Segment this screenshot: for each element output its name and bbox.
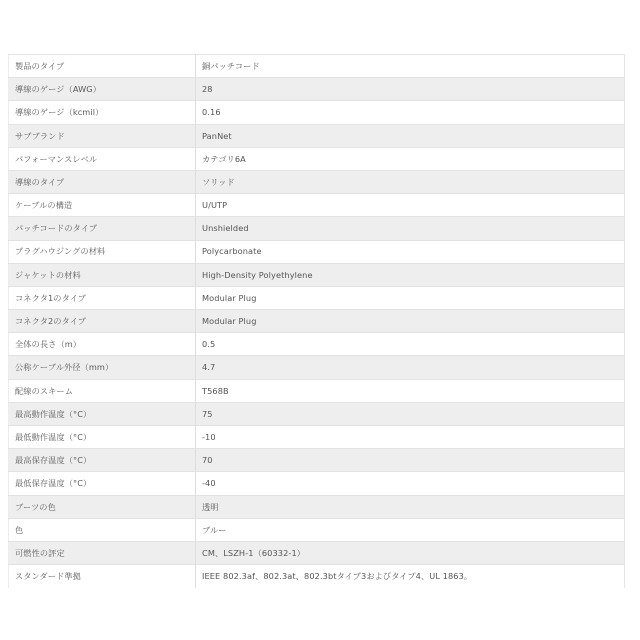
spec-row-cable-construction: ケーブルの構造 U/UTP [9,194,625,217]
spec-value: Polycarbonate [196,240,625,263]
spec-value: ソリッド [196,170,625,193]
spec-value: 銅パッチコード [196,55,625,78]
spec-label: 最低動作温度（°C） [9,426,196,449]
spec-value: カテゴリ6A [196,147,625,170]
spec-value: 70 [196,449,625,472]
spec-table: 製品のタイプ 銅パッチコード 導線のゲージ（AWG） 28 導線のゲージ（kcm… [8,54,625,588]
spec-value: Modular Plug [196,286,625,309]
spec-row-flammability-rating: 可燃性の評定 CM、LSZH-1（60332-1） [9,541,625,564]
spec-value: Modular Plug [196,310,625,333]
spec-label: 配線のスキーム [9,379,196,402]
spec-value: 28 [196,78,625,101]
spec-label: 導線のゲージ（AWG） [9,78,196,101]
spec-label: スタンダード準拠 [9,565,196,588]
spec-label: 導線のゲージ（kcmil） [9,101,196,124]
spec-row-connector-1-type: コネクタ1のタイプ Modular Plug [9,286,625,309]
spec-row-product-type: 製品のタイプ 銅パッチコード [9,55,625,78]
spec-label: ジャケットの材料 [9,263,196,286]
spec-row-jacket-material: ジャケットの材料 High-Density Polyethylene [9,263,625,286]
spec-label: サブブランド [9,124,196,147]
spec-row-boot-color: ブーツの色 透明 [9,495,625,518]
spec-row-conductor-gauge-kcmil: 導線のゲージ（kcmil） 0.16 [9,101,625,124]
spec-value: ブルー [196,518,625,541]
spec-value: CM、LSZH-1（60332-1） [196,541,625,564]
spec-row-conductor-gauge-awg: 導線のゲージ（AWG） 28 [9,78,625,101]
spec-label: 最低保存温度（°C） [9,472,196,495]
spec-value: -10 [196,426,625,449]
spec-label: パッチコードのタイプ [9,217,196,240]
spec-label: ブーツの色 [9,495,196,518]
spec-label: 製品のタイプ [9,55,196,78]
spec-label: 可燃性の評定 [9,541,196,564]
spec-label: 最高保存温度（°C） [9,449,196,472]
spec-row-sub-brand: サブブランド PanNet [9,124,625,147]
spec-value: T568B [196,379,625,402]
spec-table-body: 製品のタイプ 銅パッチコード 導線のゲージ（AWG） 28 導線のゲージ（kcm… [9,55,625,588]
spec-label: パフォーマンスレベル [9,147,196,170]
spec-row-standards-compliance: スタンダード準拠 IEEE 802.3af、802.3at、802.3btタイプ… [9,565,625,588]
spec-label: 公称ケーブル外径（mm） [9,356,196,379]
spec-row-wiring-scheme: 配線のスキーム T568B [9,379,625,402]
spec-value: PanNet [196,124,625,147]
spec-row-overall-length: 全体の長さ（m） 0.5 [9,333,625,356]
spec-value: -40 [196,472,625,495]
spec-row-conductor-type: 導線のタイプ ソリッド [9,170,625,193]
spec-value: 0.5 [196,333,625,356]
spec-value: Unshielded [196,217,625,240]
spec-row-nominal-cable-diameter: 公称ケーブル外径（mm） 4.7 [9,356,625,379]
spec-label: プラグハウジングの材料 [9,240,196,263]
spec-row-plug-housing-material: プラグハウジングの材料 Polycarbonate [9,240,625,263]
spec-row-max-operating-temp: 最高動作温度（°C） 75 [9,402,625,425]
spec-value: IEEE 802.3af、802.3at、802.3btタイプ3およびタイプ4、… [196,565,625,588]
spec-label: コネクタ1のタイプ [9,286,196,309]
spec-row-connector-2-type: コネクタ2のタイプ Modular Plug [9,310,625,333]
spec-row-performance-level: パフォーマンスレベル カテゴリ6A [9,147,625,170]
spec-label: コネクタ2のタイプ [9,310,196,333]
spec-value: 75 [196,402,625,425]
spec-row-patch-cord-type: パッチコードのタイプ Unshielded [9,217,625,240]
spec-label: 色 [9,518,196,541]
spec-row-max-storage-temp: 最高保存温度（°C） 70 [9,449,625,472]
spec-value: 0.16 [196,101,625,124]
spec-value: High-Density Polyethylene [196,263,625,286]
spec-row-color: 色 ブルー [9,518,625,541]
spec-value: 透明 [196,495,625,518]
spec-value: 4.7 [196,356,625,379]
spec-row-min-operating-temp: 最低動作温度（°C） -10 [9,426,625,449]
spec-label: 最高動作温度（°C） [9,402,196,425]
spec-value: U/UTP [196,194,625,217]
spec-label: ケーブルの構造 [9,194,196,217]
spec-label: 導線のタイプ [9,170,196,193]
spec-label: 全体の長さ（m） [9,333,196,356]
spec-row-min-storage-temp: 最低保存温度（°C） -40 [9,472,625,495]
